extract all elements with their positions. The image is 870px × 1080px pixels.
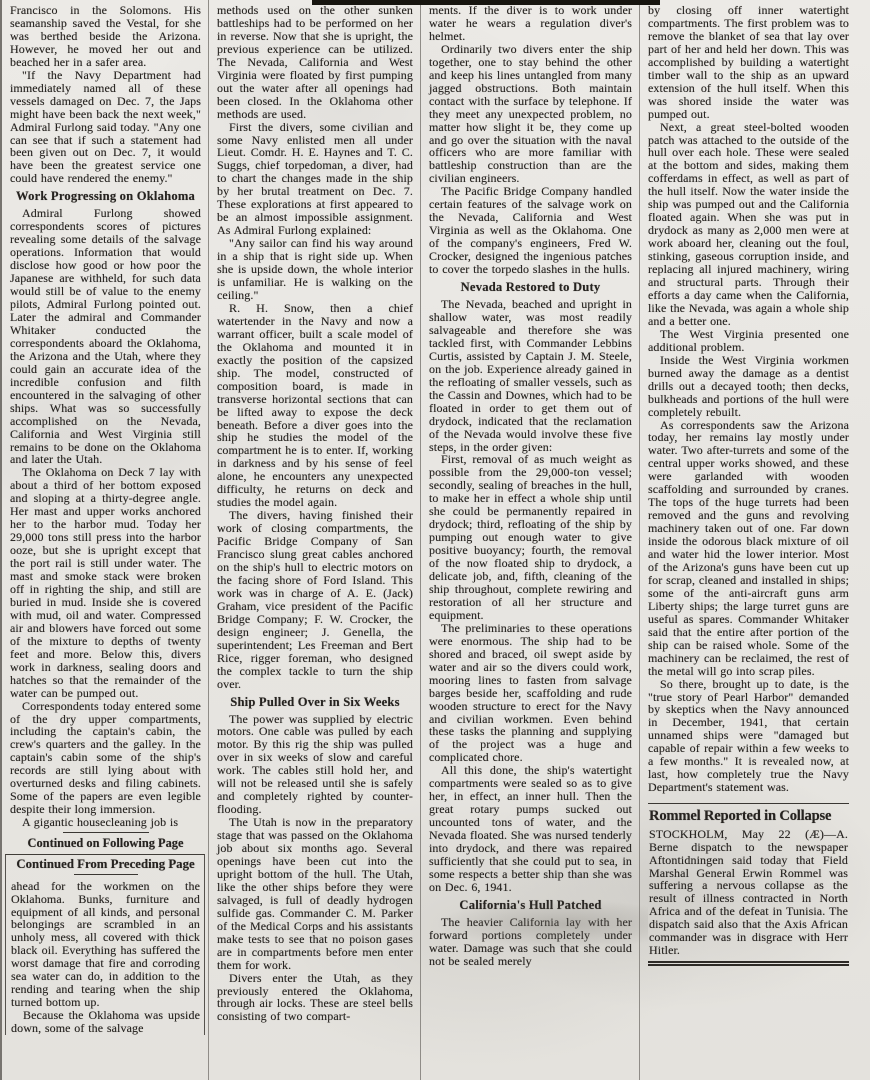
paragraph: methods used on the other sunken battles… xyxy=(217,4,413,121)
paragraph: The heavier California lay with her forw… xyxy=(429,916,632,968)
section-subheading: Work Progressing on Oklahoma xyxy=(10,190,201,203)
paragraph: The divers, having finished their work o… xyxy=(217,509,413,690)
paragraph: The West Virginia presented one addition… xyxy=(648,328,849,354)
paragraph: Next, a great steel-bolted wooden patch … xyxy=(648,121,849,328)
paragraph: All this done, the ship's watertight com… xyxy=(429,764,632,894)
paragraph: The Oklahoma on Deck 7 lay with about a … xyxy=(10,466,201,699)
paragraph: First the divers, some civilian and some… xyxy=(217,121,413,238)
paragraph: The Nevada, beached and upright in shall… xyxy=(429,298,632,453)
column-2: methods used on the other sunken battles… xyxy=(209,0,421,1080)
paragraph: Correspondents today entered some of the… xyxy=(10,700,201,817)
continued-on-following-page-marker: Continued on Following Page xyxy=(10,832,201,850)
article-headline: Rommel Reported in Collapse xyxy=(649,809,848,825)
paragraph: ahead for the workmen on the Oklahoma. B… xyxy=(11,880,200,1010)
paragraph: "If the Navy Department had immediately … xyxy=(10,69,201,186)
continuation-box: Continued From Preceding Pageahead for t… xyxy=(5,854,205,1035)
top-rule-bar xyxy=(312,0,660,5)
paragraph: The Utah is now in the preparatory stage… xyxy=(217,816,413,971)
paragraph: by closing off inner watertight compartm… xyxy=(648,4,849,121)
rommel-article: Rommel Reported in CollapseSTOCKHOLM, Ma… xyxy=(648,803,849,966)
paragraph: Admiral Furlong showed correspondents sc… xyxy=(10,207,201,466)
section-subheading: California's Hull Patched xyxy=(429,899,632,912)
paragraph: Divers enter the Utah, as they previousl… xyxy=(217,972,413,1024)
column-4: by closing off inner watertight compartm… xyxy=(640,0,856,1080)
section-subheading: Ship Pulled Over in Six Weeks xyxy=(217,696,413,709)
column-3: ments. If the diver is to work under wat… xyxy=(421,0,640,1080)
paragraph: The Pacific Bridge Company handled certa… xyxy=(429,185,632,276)
continued-from-preceding-page-heading: Continued From Preceding Page xyxy=(11,858,200,875)
paragraph: Ordinarily two divers enter the ship tog… xyxy=(429,43,632,185)
paragraph: As correspondents saw the Arizona today,… xyxy=(648,419,849,678)
newspaper-page: Francisco in the Solomons. His seamanshi… xyxy=(0,0,870,1080)
paragraph: Francisco in the Solomons. His seamanshi… xyxy=(10,4,201,69)
paragraph: The power was supplied by electric motor… xyxy=(217,713,413,817)
paragraph: "Any sailor can find his way around in a… xyxy=(217,237,413,302)
paragraph: A gigantic housecleaning job is xyxy=(10,816,201,829)
paragraph: R. H. Snow, then a chief watertender in … xyxy=(217,302,413,509)
paragraph: STOCKHOLM, May 22 (Æ)—A. Berne dispatch … xyxy=(649,828,848,958)
column-1: Francisco in the Solomons. His seamanshi… xyxy=(0,0,209,1080)
paragraph: ments. If the diver is to work under wat… xyxy=(429,4,632,43)
paragraph: Inside the West Virginia workmen burned … xyxy=(648,354,849,419)
paragraph: Because the Oklahoma was upside down, so… xyxy=(11,1009,200,1035)
paragraph: First, removal of as much weight as poss… xyxy=(429,453,632,621)
section-subheading: Nevada Restored to Duty xyxy=(429,281,632,294)
paragraph: So there, brought up to date, is the "tr… xyxy=(648,678,849,795)
paragraph: The preliminaries to these operations we… xyxy=(429,622,632,764)
